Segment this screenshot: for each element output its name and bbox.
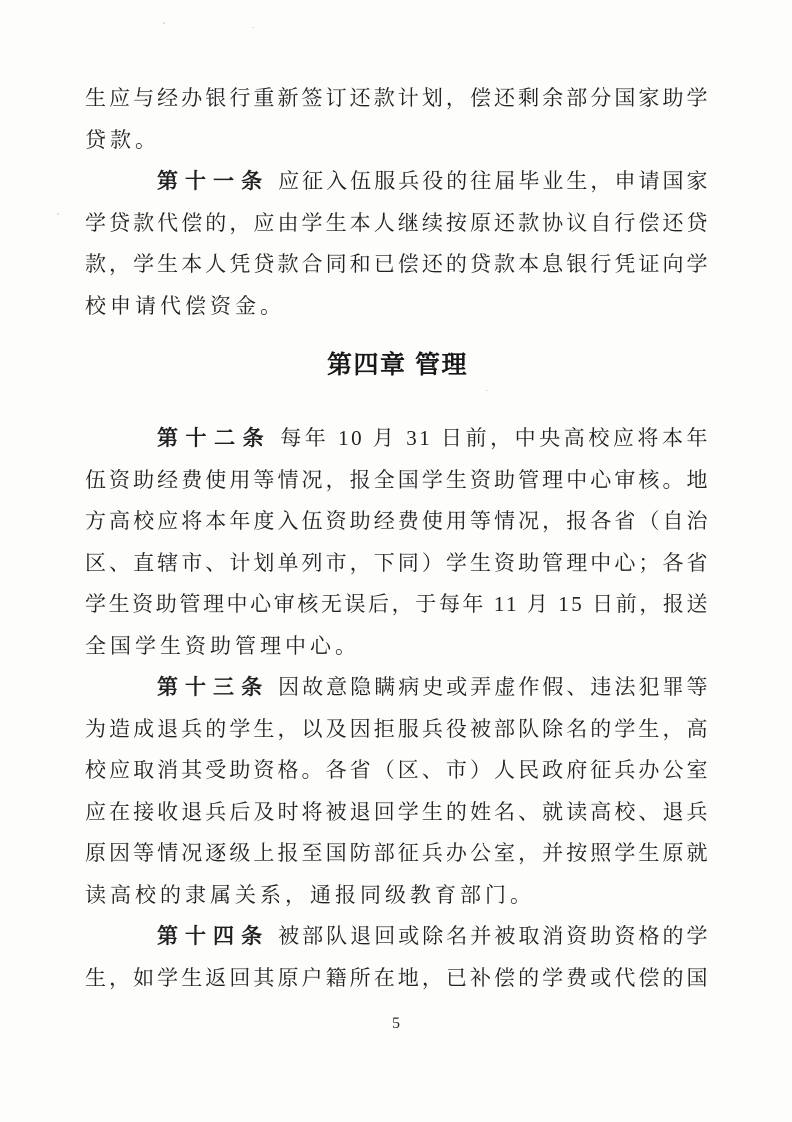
body-text-block-lower: 第十二条每年 10 月 31 日前，中央高校应将本年度入伍资助经费使用等情况，报… bbox=[85, 418, 710, 999]
text-line: 应在接收退兵后及时将被退回学生的姓名、就读高校、退兵 bbox=[85, 792, 710, 834]
text-line: 第十一条应征入伍服兵役的往届毕业生，申请国家助 bbox=[85, 161, 710, 203]
text-line: 贷款。 bbox=[85, 120, 710, 162]
text-line: 生应与经办银行重新签订还款计划，偿还剩余部分国家助学 bbox=[85, 78, 710, 120]
text-line: 全国学生资助管理中心。 bbox=[85, 626, 710, 668]
text-line: 原因等情况逐级上报至国防部征兵办公室，并按照学生原就 bbox=[85, 833, 710, 875]
scan-speck bbox=[486, 390, 488, 391]
page-number: 5 bbox=[0, 1013, 792, 1035]
text-line: 第十四条被部队退回或除名并被取消资助资格的学 bbox=[85, 916, 710, 958]
text-line: 第十三条因故意隐瞒病史或弄虚作假、违法犯罪等行 bbox=[85, 667, 710, 709]
text-line: 校申请代偿资金。 bbox=[85, 286, 710, 328]
text-line: 伍资助经费使用等情况，报全国学生资助管理中心审核。地 bbox=[85, 460, 710, 502]
text-line: 第十二条每年 10 月 31 日前，中央高校应将本年度入 bbox=[85, 418, 710, 460]
text-line: 为造成退兵的学生，以及因拒服兵役被部队除名的学生，高 bbox=[85, 709, 710, 751]
scan-speck bbox=[252, 27, 254, 28]
text-line: 校应取消其受助资格。各省（区、市）人民政府征兵办公室 bbox=[85, 750, 710, 792]
text-line: 区、直辖市、计划单列市，下同）学生资助管理中心；各省 bbox=[85, 543, 710, 585]
article-number: 第十三条 bbox=[157, 675, 269, 699]
article-number: 第十四条 bbox=[157, 924, 269, 948]
text-line: 生，如学生返回其原户籍所在地，已补偿的学费或代偿的国 bbox=[85, 958, 710, 1000]
scan-speck bbox=[163, 22, 165, 24]
text-line: 方高校应将本年度入伍资助经费使用等情况，报各省（自治 bbox=[85, 501, 710, 543]
body-text-block-upper: 生应与经办银行重新签订还款计划，偿还剩余部分国家助学贷款。第十一条应征入伍服兵役… bbox=[85, 78, 710, 327]
scan-speck bbox=[57, 213, 59, 215]
text-line: 读高校的隶属关系，通报同级教育部门。 bbox=[85, 875, 710, 917]
chapter-heading: 第四章 管理 bbox=[85, 350, 710, 380]
scanned-document-page: 生应与经办银行重新签订还款计划，偿还剩余部分国家助学贷款。第十一条应征入伍服兵役… bbox=[0, 0, 792, 1122]
text-line: 学贷款代偿的，应由学生本人继续按原还款协议自行偿还贷 bbox=[85, 203, 710, 245]
article-number: 第十一条 bbox=[157, 169, 269, 193]
text-line: 款，学生本人凭贷款合同和已偿还的贷款本息银行凭证向学 bbox=[85, 244, 710, 286]
text-line: 学生资助管理中心审核无误后，于每年 11 月 15 日前，报送 bbox=[85, 584, 710, 626]
article-number: 第十二条 bbox=[157, 426, 271, 450]
